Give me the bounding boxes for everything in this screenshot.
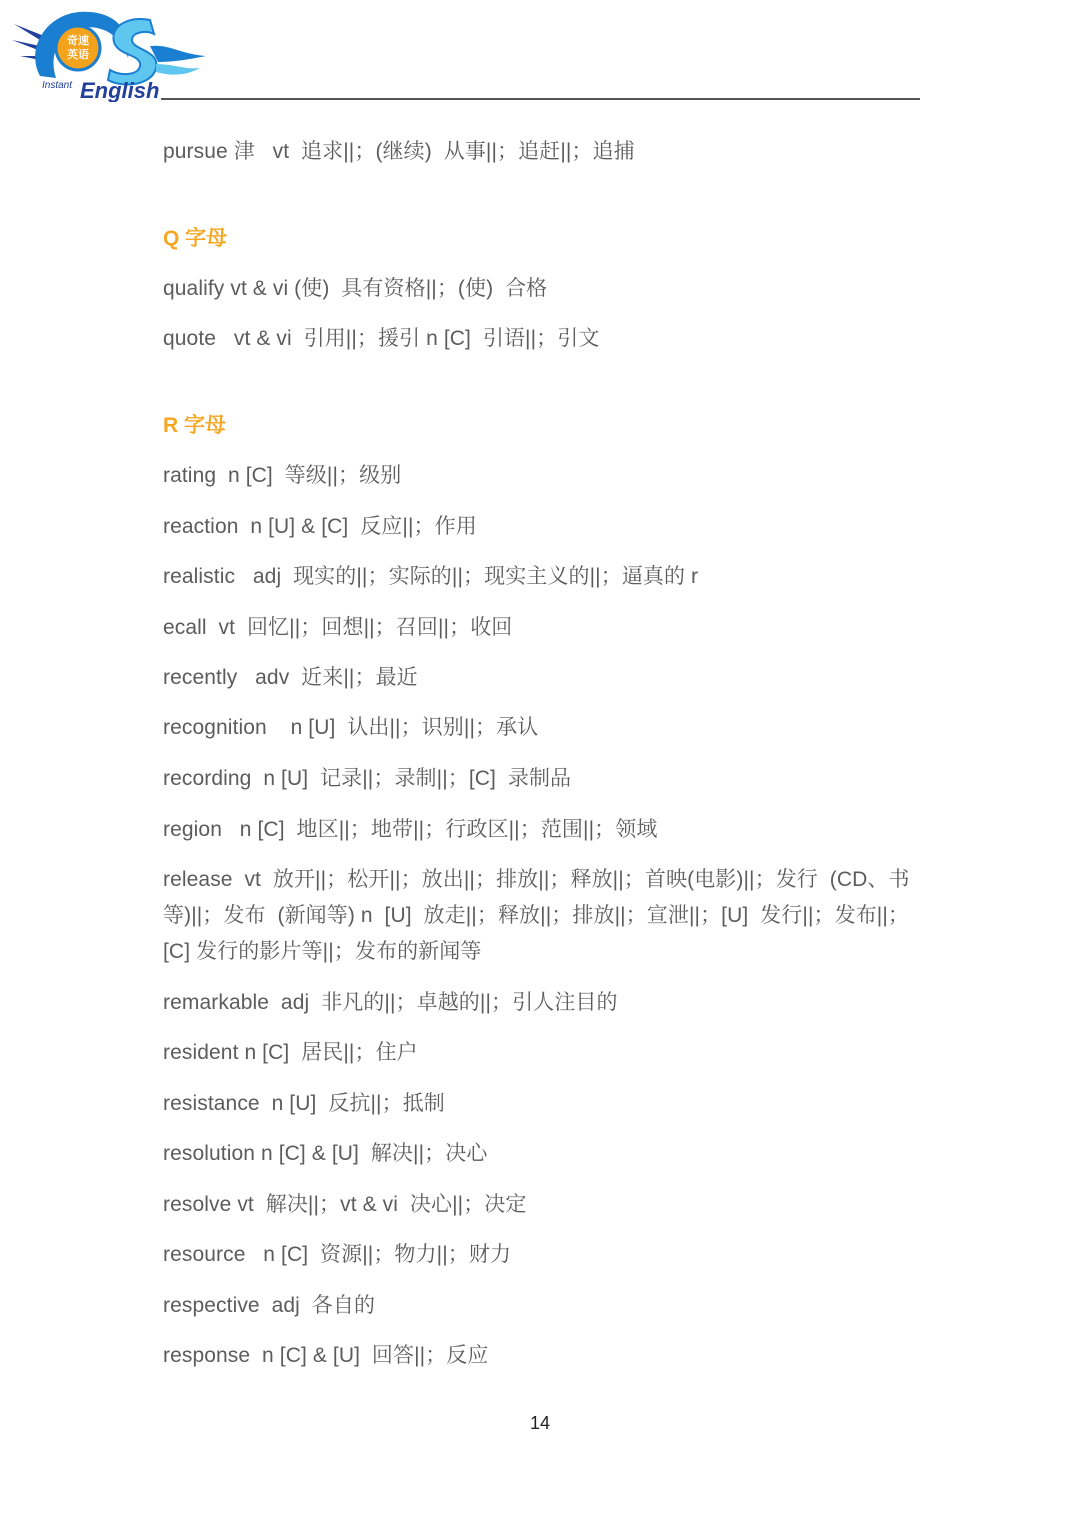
vocab-entry-recall: ecall vt 回忆||；回想||；召回||；收回: [163, 610, 923, 646]
instant-english-logo: 奇速 英语 Instant English: [10, 6, 210, 102]
svg-text:Instant: Instant: [42, 80, 73, 91]
vocab-entry-realistic: realistic adj 现实的||；实际的||；现实主义的||；逼真的 r: [163, 559, 923, 595]
svg-text:奇速: 奇速: [67, 33, 89, 47]
vocab-entry-respective: respective adj 各自的: [163, 1288, 923, 1324]
vocab-entry-recording: recording n [U] 记录||；录制||；[C] 录制品: [163, 761, 923, 797]
page-header: 奇速 英语 Instant English: [0, 0, 1080, 110]
svg-text:English: English: [80, 78, 159, 102]
section-heading-r: R 字母: [163, 411, 226, 441]
vocab-entry-quote: quote vt & vi 引用||；援引 n [C] 引语||；引文: [163, 321, 923, 357]
vocab-entry-reaction: reaction n [U] & [C] 反应||；作用: [163, 509, 923, 545]
vocab-entry-resolve: resolve vt 解决||；vt & vi 决心||；决定: [163, 1187, 923, 1223]
vocab-entry-response: response n [C] & [U] 回答||；反应: [163, 1338, 923, 1374]
vocab-entry-resolution: resolution n [C] & [U] 解决||；决心: [163, 1136, 923, 1172]
vocab-entry-release: release vt 放开||；松开||；放出||；排放||；释放||；首映(电…: [163, 862, 923, 970]
vocab-entry-resident: resident n [C] 居民||；住户: [163, 1035, 923, 1071]
vocab-entry-rating: rating n [C] 等级||；级别: [163, 458, 923, 494]
vocab-entry-pursue: pursue 津 vt 追求||；(继续) 从事||；追赶||；追捕: [163, 134, 923, 170]
vocab-entry-resource: resource n [C] 资源||；物力||；财力: [163, 1237, 923, 1273]
vocab-entry-resistance: resistance n [U] 反抗||；抵制: [163, 1086, 923, 1122]
vocab-entry-recognition: recognition n [U] 认出||；识别||；承认: [163, 710, 923, 746]
section-heading-q: Q 字母: [163, 224, 227, 254]
svg-text:英语: 英语: [67, 47, 89, 61]
page-number: 14: [0, 1413, 1080, 1434]
vocab-entry-recently: recently adv 近来||；最近: [163, 660, 923, 696]
vocab-entry-remarkable: remarkable adj 非凡的||；卓越的||；引人注目的: [163, 985, 923, 1021]
vocab-entry-qualify: qualify vt & vi (使) 具有资格||；(使) 合格: [163, 271, 923, 307]
vocab-entry-region: region n [C] 地区||；地带||；行政区||；范围||；领域: [163, 812, 923, 848]
header-divider: [161, 98, 920, 100]
